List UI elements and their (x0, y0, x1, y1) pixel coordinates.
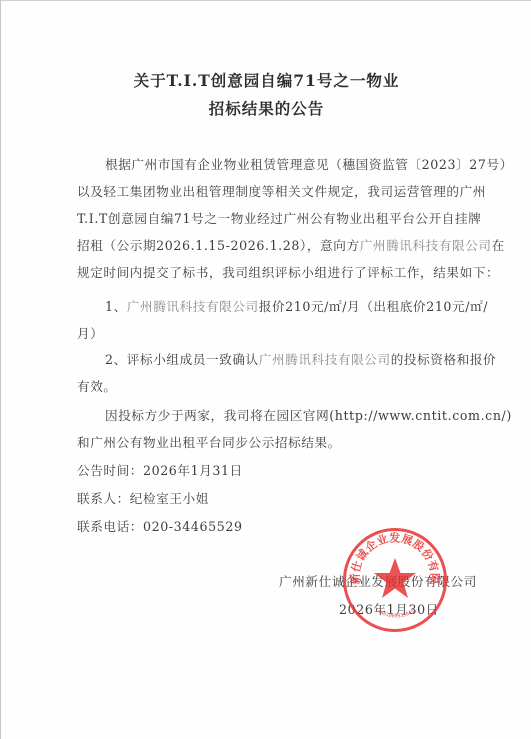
document-title-line1: 关于T.I.T创意园自编71号之一物业 (1, 69, 531, 91)
paragraph1-line3: T.I.T创意园自编71号之一物业经过广州公有物业出租平台公开自挂牌 (77, 208, 481, 227)
result-item2-rest: 的投标资格和报价 (391, 352, 497, 367)
result-item2-company: 广州腾讯科技有限公司 (259, 352, 391, 367)
result-item2-prefix: 2、评标小组成员一致确认 (105, 352, 259, 367)
signature-company: 广州新仕诚企业发展股份有限公司 (279, 571, 477, 590)
paragraph1-line4: 招租（公示期2026.1.15-2026.1.28），意向方广州腾讯科技有限公司… (77, 235, 505, 254)
result-item1-company: 广州腾讯科技有限公司 (127, 299, 259, 314)
paragraph1-line2: 以及轻工集团物业出租管理制度等相关文件规定，我司运营管理的广州 (77, 181, 486, 200)
result-item2-line2: 有效。 (77, 376, 117, 395)
document-page: 关于T.I.T创意园自编71号之一物业 招标结果的公告 根据广州市国有企业物业租… (0, 0, 531, 739)
result-item1-price: 报价210元/㎡/月（出租底价210元/㎡/ (259, 299, 488, 314)
signature-date: 2026年1月30日 (339, 599, 439, 618)
document-title-line2: 招标结果的公告 (1, 97, 531, 119)
paragraph3-line1: 因投标方少于两家，我司将在园区官网(http://www.cntit.com.c… (105, 405, 512, 424)
bidder-company-name: 广州腾讯科技有限公司 (360, 238, 492, 253)
result-item1-line2: 月） (77, 323, 103, 342)
paragraph1-line1: 根据广州市国有企业物业租赁管理意见（穗国资监管〔2023〕27号） (105, 154, 513, 173)
announcement-time: 公告时间：2026年1月31日 (77, 460, 243, 479)
result-item2-line1: 2、评标小组成员一致确认广州腾讯科技有限公司的投标资格和报价 (105, 349, 496, 368)
paragraph3-line2: 和广州公有物业出租平台同步公示招标结果。 (77, 432, 341, 451)
result-item1-prefix: 1、 (105, 299, 127, 314)
paragraph1-line4-text-b: 在 (492, 238, 505, 253)
paragraph1-line5: 规定时间内提交了标书，我司组织评标小组进行了评标工作，结果如下： (77, 262, 499, 281)
result-item1-line1: 1、广州腾讯科技有限公司报价210元/㎡/月（出租底价210元/㎡/ (105, 296, 488, 315)
contact-phone: 联系电话：020-34465529 (77, 516, 243, 535)
contact-person: 联系人：纪检室王小姐 (77, 488, 209, 507)
paragraph1-line4-text-a: 招租（公示期2026.1.15-2026.1.28），意向方 (77, 238, 360, 253)
